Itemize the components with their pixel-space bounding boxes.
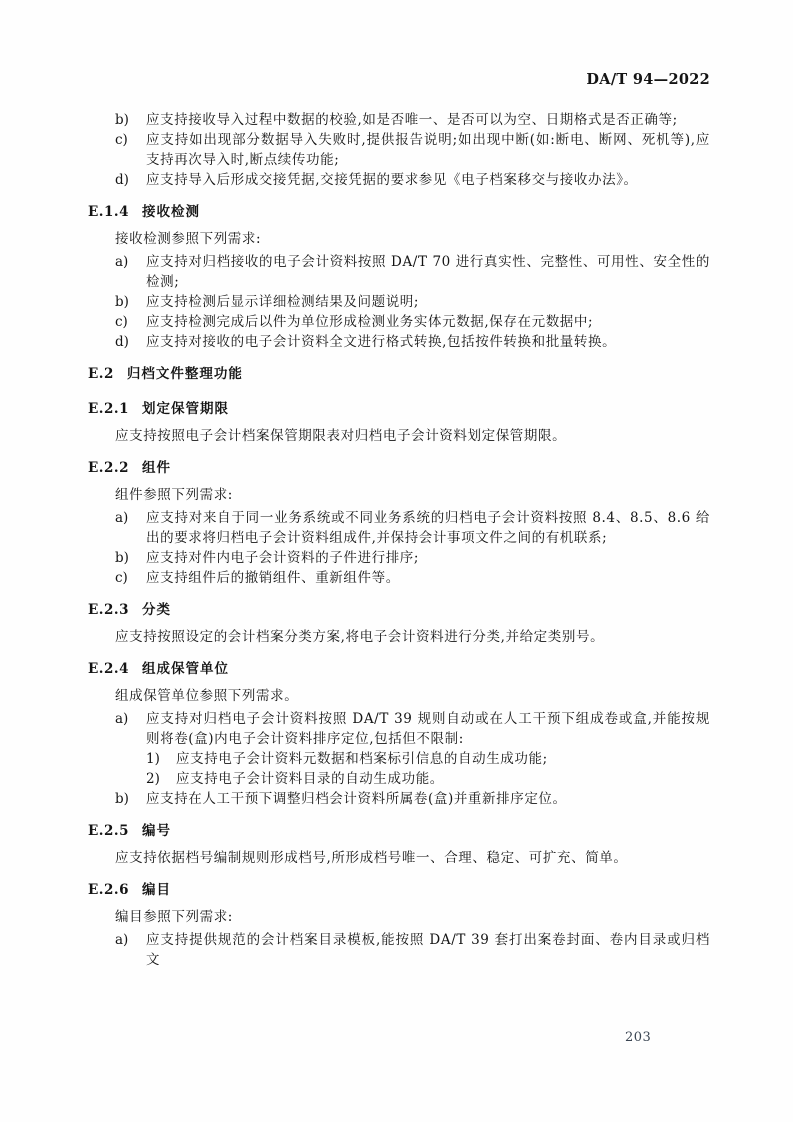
list-item: b)应支持检测后显示详细检测结果及问题说明;	[88, 292, 710, 312]
list-item: d)应支持导入后形成交接凭据,交接凭据的要求参见《电子档案移交与接收办法》。	[88, 170, 710, 190]
paragraph: 应支持按照电子会计档案保管期限表对归档电子会计资料划定保管期限。	[88, 426, 710, 446]
list-item-text: 应支持对件内电子会计资料的子件进行排序;	[146, 548, 710, 568]
section-number: E.2	[88, 366, 114, 382]
section-heading: E.2.6编目	[88, 880, 710, 900]
section-title: 分类	[142, 602, 171, 618]
paragraph: 接收检测参照下列需求:	[88, 229, 710, 249]
list-marker: a)	[115, 709, 146, 749]
list-marker: b)	[115, 292, 146, 312]
list-marker: c)	[115, 312, 146, 332]
list-item-text: 应支持在人工干预下调整归档会计资料所属卷(盒)并重新排序定位。	[146, 789, 710, 809]
list-marker: c)	[115, 130, 146, 170]
section-heading: E.2.4组成保管单位	[88, 659, 710, 679]
standard-code-header: DA/T 94—2022	[88, 70, 710, 90]
list-marker: a)	[115, 508, 146, 548]
list-item-text: 应支持对接收的电子会计资料全文进行格式转换,包括按件转换和批量转换。	[146, 332, 710, 352]
list-marker: a)	[115, 930, 146, 970]
section-heading: E.2.1划定保管期限	[88, 399, 710, 419]
section-heading: E.1.4接收检测	[88, 202, 710, 222]
section-number: E.2.2	[88, 460, 129, 476]
list-item: a)应支持提供规范的会计档案目录模板,能按照 DA/T 39 套打出案卷封面、卷…	[88, 930, 710, 970]
list-item: a)应支持对归档电子会计资料按照 DA/T 39 规则自动或在人工干预下组成卷或…	[88, 709, 710, 749]
section-heading: E.2.3分类	[88, 600, 710, 620]
list-item-text: 应支持对归档电子会计资料按照 DA/T 39 规则自动或在人工干预下组成卷或盒,…	[146, 709, 710, 749]
paragraph: 组件参照下列需求:	[88, 485, 710, 505]
section-number: E.2.4	[88, 661, 129, 677]
list-marker: a)	[115, 252, 146, 292]
section-heading: E.2归档文件整理功能	[88, 364, 710, 384]
list-marker: c)	[115, 568, 146, 588]
section-title: 归档文件整理功能	[127, 366, 243, 382]
list-item: c)应支持组件后的撤销组件、重新组件等。	[88, 568, 710, 588]
list-item: b)应支持对件内电子会计资料的子件进行排序;	[88, 548, 710, 568]
list-item-text: 应支持如出现部分数据导入失败时,提供报告说明;如出现中断(如:断电、断网、死机等…	[146, 130, 710, 170]
section-number: E.2.6	[88, 882, 129, 898]
section-number: E.2.3	[88, 602, 129, 618]
section-number: E.2.5	[88, 823, 129, 839]
list-item-text: 应支持对来自于同一业务系统或不同业务系统的归档电子会计资料按照 8.4、8.5、…	[146, 508, 710, 548]
list-item-text: 应支持电子会计资料目录的自动生成功能。	[176, 769, 710, 789]
section-title: 编目	[142, 882, 171, 898]
list-marker: b)	[115, 110, 146, 130]
section-title: 编号	[142, 823, 171, 839]
list-marker: 2)	[146, 769, 176, 789]
list-item-text: 应支持电子会计资料元数据和档案标引信息的自动生成功能;	[176, 749, 710, 769]
document-page: DA/T 94—2022 b)应支持接收导入过程中数据的校验,如是否唯一、是否可…	[0, 0, 793, 1122]
section-title: 接收检测	[142, 204, 200, 220]
list-item-text: 应支持提供规范的会计档案目录模板,能按照 DA/T 39 套打出案卷封面、卷内目…	[146, 930, 710, 970]
section-heading: E.2.5编号	[88, 821, 710, 841]
list-item: b)应支持在人工干预下调整归档会计资料所属卷(盒)并重新排序定位。	[88, 789, 710, 809]
list-item: a)应支持对归档接收的电子会计资料按照 DA/T 70 进行真实性、完整性、可用…	[88, 252, 710, 292]
list-item: d)应支持对接收的电子会计资料全文进行格式转换,包括按件转换和批量转换。	[88, 332, 710, 352]
page-number: 203	[625, 1030, 651, 1045]
paragraph: 组成保管单位参照下列需求。	[88, 686, 710, 706]
list-item-text: 应支持对归档接收的电子会计资料按照 DA/T 70 进行真实性、完整性、可用性、…	[146, 252, 710, 292]
section-heading: E.2.2组件	[88, 458, 710, 478]
section-title: 划定保管期限	[142, 401, 229, 417]
list-marker: 1)	[146, 749, 176, 769]
list-item: c)应支持如出现部分数据导入失败时,提供报告说明;如出现中断(如:断电、断网、死…	[88, 130, 710, 170]
list-item-text: 应支持接收导入过程中数据的校验,如是否唯一、是否可以为空、日期格式是否正确等;	[146, 110, 710, 130]
section-title: 组成保管单位	[142, 661, 229, 677]
list-marker: d)	[115, 332, 146, 352]
section-title: 组件	[142, 460, 171, 476]
list-item: a)应支持对来自于同一业务系统或不同业务系统的归档电子会计资料按照 8.4、8.…	[88, 508, 710, 548]
list-item: c)应支持检测完成后以件为单位形成检测业务实体元数据,保存在元数据中;	[88, 312, 710, 332]
list-item-text: 应支持检测后显示详细检测结果及问题说明;	[146, 292, 710, 312]
paragraph: 应支持依据档号编制规则形成档号,所形成档号唯一、合理、稳定、可扩充、简单。	[88, 848, 710, 868]
section-number: E.2.1	[88, 401, 129, 417]
document-body: b)应支持接收导入过程中数据的校验,如是否唯一、是否可以为空、日期格式是否正确等…	[88, 110, 710, 970]
paragraph: 编目参照下列需求:	[88, 907, 710, 927]
document-content-area: DA/T 94—2022 b)应支持接收导入过程中数据的校验,如是否唯一、是否可…	[0, 0, 793, 970]
list-marker: d)	[115, 170, 146, 190]
paragraph: 应支持按照设定的会计档案分类方案,将电子会计资料进行分类,并给定类别号。	[88, 627, 710, 647]
sub-list-item: 1)应支持电子会计资料元数据和档案标引信息的自动生成功能;	[88, 749, 710, 769]
section-number: E.1.4	[88, 204, 129, 220]
list-item-text: 应支持导入后形成交接凭据,交接凭据的要求参见《电子档案移交与接收办法》。	[146, 170, 710, 190]
sub-list-item: 2)应支持电子会计资料目录的自动生成功能。	[88, 769, 710, 789]
list-item-text: 应支持组件后的撤销组件、重新组件等。	[146, 568, 710, 588]
list-item-text: 应支持检测完成后以件为单位形成检测业务实体元数据,保存在元数据中;	[146, 312, 710, 332]
list-marker: b)	[115, 548, 146, 568]
list-marker: b)	[115, 789, 146, 809]
list-item: b)应支持接收导入过程中数据的校验,如是否唯一、是否可以为空、日期格式是否正确等…	[88, 110, 710, 130]
